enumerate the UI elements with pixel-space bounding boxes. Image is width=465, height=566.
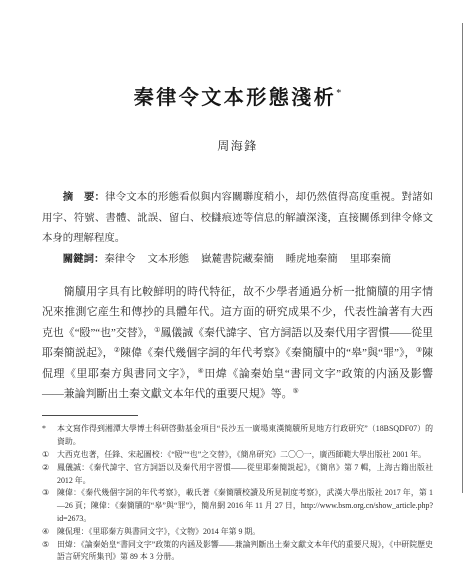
paper-page: 秦律令文本形態淺析* 周海鋒 摘 要：律令文本的形態看似與内容關聯度稍小，却仍然… [0, 0, 465, 566]
paper-title-text: 秦律令文本形態淺析 [134, 87, 337, 109]
footnote-item: ①大西克也著，任鋒、宋起圖校：《“殹”“也”之交替》，《簡帛研究》二〇〇一，廣西… [42, 449, 433, 462]
keywords-line: 關鍵詞：秦律令文本形態嶽麓書院藏秦簡睡虎地秦簡里耶秦簡 [42, 250, 433, 271]
footnote-marker: ⑤ [42, 539, 57, 565]
keyword-item: 里耶秦簡 [350, 254, 392, 265]
keywords-list: 秦律令文本形態嶽麓書院藏秦簡睡虎地秦簡里耶秦簡 [104, 254, 391, 265]
body-text-segment: 陳偉《秦代幾個字詞的年代考察》《秦簡牘中的“皋”與“罪”》， [120, 347, 416, 359]
footnotes-section: *本文寫作得到湘潭大學博士科研啓動基金項目“長沙五一廣場東漢簡牘所見地方行政研究… [42, 423, 433, 564]
title-footnote-marker: * [336, 88, 341, 99]
footnote-marker: ③ [42, 487, 57, 525]
author-name: 周海鋒 [42, 138, 433, 154]
footnote-item: ⑤田煒：《論秦始皇“書同文字”政策的内涵及影響——兼論判斷出土秦文獻文本年代的重… [42, 539, 433, 565]
paper-title: 秦律令文本形態淺析* [42, 80, 433, 112]
footnote-text: 田煒：《論秦始皇“書同文字”政策的内涵及影響——兼論判斷出土秦文獻文本年代的重要… [57, 539, 433, 565]
footnote-marker: * [42, 423, 57, 449]
footnote-marker: ④ [42, 526, 57, 539]
footnote-item: ③陳偉：《秦代幾個字詞的年代考察》，載氏著《秦簡牘校讀及所見制度考察》，武漢大學… [42, 487, 433, 525]
body-paragraph: 簡牘用字具有比較鮮明的時代特征，故不少學者通過分析一批簡牘的用字情况來推測它産生… [42, 282, 433, 404]
footnote-text: 陳侃理：《里耶秦方與書同文字》，《文物》2014 年第 9 期。 [57, 526, 433, 539]
footnote-text: 大西克也著，任鋒、宋起圖校：《“殹”“也”之交替》，《簡帛研究》二〇〇一，廣西師… [57, 449, 433, 462]
footnote-marker: ② [42, 462, 57, 488]
footnote-item: ②鳳儀誠：《秦代諱字、官方詞語以及秦代用字習慣——從里耶秦簡説起》，《簡帛》第 … [42, 462, 433, 488]
footnote-text: 本文寫作得到湘潭大學博士科研啓動基金項目“長沙五一廣場東漢簡牘所見地方行政研究”… [57, 423, 433, 449]
footnote-marker: ① [42, 449, 57, 462]
footnote-separator [42, 415, 138, 416]
keyword-item: 嶽麓書院藏秦簡 [201, 254, 274, 265]
footnote-item: *本文寫作得到湘潭大學博士科研啓動基金項目“長沙五一廣場東漢簡牘所見地方行政研究… [42, 423, 433, 449]
keywords-label: 關鍵詞： [63, 254, 105, 265]
keyword-item: 秦律令 [104, 254, 135, 265]
footnote-text: 鳳儀誠：《秦代諱字、官方詞語以及秦代用字習慣——從里耶秦簡説起》，《簡帛》第 7… [57, 462, 433, 488]
footnote-ref: ⑤ [293, 387, 299, 395]
footnote-item: ④陳侃理：《里耶秦方與書同文字》，《文物》2014 年第 9 期。 [42, 526, 433, 539]
keyword-item: 睡虎地秦簡 [286, 254, 338, 265]
abstract-paragraph: 摘 要：律令文本的形態看似與内容關聯度稍小，却仍然值得高度重視。對諸如用字、符號… [42, 188, 433, 250]
keyword-item: 文本形態 [147, 254, 189, 265]
abstract-label: 摘 要： [63, 192, 105, 203]
footnote-text: 陳偉：《秦代幾個字詞的年代考察》，載氏著《秦簡牘校讀及所見制度考察》，武漢大學出… [57, 487, 433, 525]
page-edge-line [462, 23, 463, 493]
